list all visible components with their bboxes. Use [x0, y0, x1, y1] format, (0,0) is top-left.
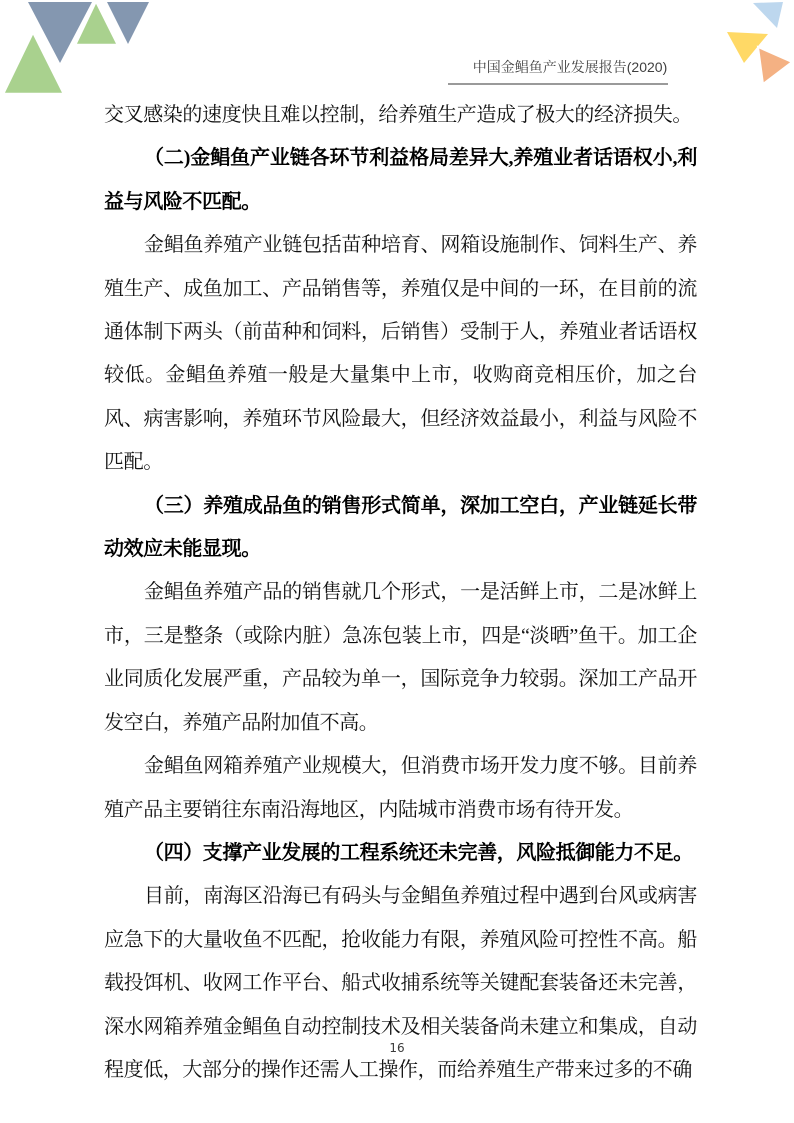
header-rule: [448, 83, 668, 85]
document-body: 交叉感染的速度快且难以控制，给养殖生产造成了极大的经济损失。 （二)金鲳鱼产业链…: [104, 94, 697, 1092]
light-blue-triangle-icon: [753, 2, 783, 28]
paragraph-engineering-systems: 目前，南海区沿海已有码头与金鲳鱼养殖过程中遇到台风或病害应急下的大量收鱼不匹配，…: [104, 875, 697, 1092]
top-left-triangles-logo: [0, 0, 160, 100]
paragraph-industry-chain: 金鲳鱼养殖产业链包括苗种培育、网箱设施制作、饲料生产、养殖生产、成鱼加工、产品销…: [104, 224, 697, 484]
paragraph-continuation: 交叉感染的速度快且难以控制，给养殖生产造成了极大的经济损失。: [104, 94, 697, 137]
heading-section-three: （三）养殖成品鱼的销售形式简单，深加工空白，产业链延长带动效应未能显现。: [104, 485, 697, 572]
top-right-triangles-decoration: [700, 0, 794, 110]
orange-triangle-icon: [758, 47, 792, 84]
report-page: 中国金鲳鱼产业发展报告(2020) 交叉感染的速度快且难以控制，给养殖生产造成了…: [0, 0, 794, 1123]
paragraph-sales-forms: 金鲳鱼养殖产品的销售就几个形式，一是活鲜上市，二是冰鲜上市，三是整条（或除内脏）…: [104, 571, 697, 745]
paragraph-market-development: 金鲳鱼网箱养殖产业规模大，但消费市场开发力度不够。目前养殖产品主要销往东南沿海地…: [104, 745, 697, 832]
heading-section-four: （四）支撑产业发展的工程系统还未完善，风险抵御能力不足。: [104, 832, 697, 875]
heading-section-two: （二)金鲳鱼产业链各环节利益格局差异大,养殖业者话语权小,利益与风险不匹配。: [104, 137, 697, 224]
header-report-title: 中国金鲳鱼产业发展报告(2020): [460, 58, 680, 76]
page-number: 16: [0, 1041, 794, 1055]
